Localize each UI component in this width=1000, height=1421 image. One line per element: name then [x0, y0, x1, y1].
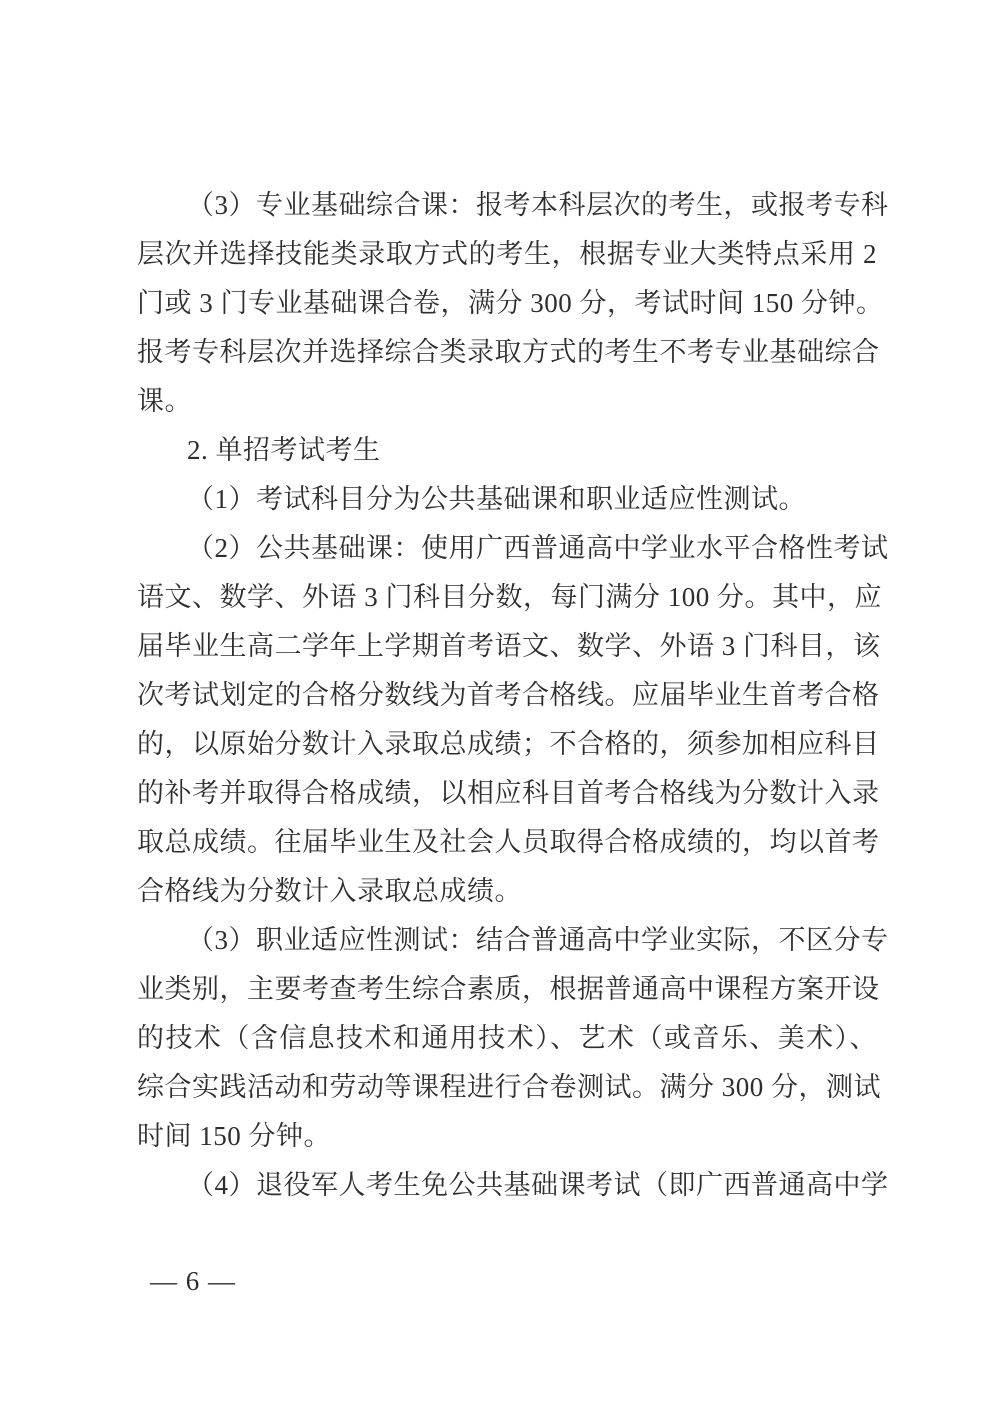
sub-heading-line: 2. 单招考试考生	[137, 426, 877, 475]
text-line: 语文、数学、外语 3 门科目分数，每门满分 100 分。其中，应	[137, 573, 877, 622]
paragraph: （3）职业适应性测试：结合普通高中学业实际，不区分专 业类别，主要考查考生综合素…	[137, 916, 877, 1161]
text-line: 的技术（含信息技术和通用技术）、艺术（或音乐、美术）、	[137, 1014, 877, 1063]
text-line: （3）专业基础综合课：报考本科层次的考生，或报考专科	[137, 181, 877, 230]
text-line: （4）退役军人考生免公共基础课考试（即广西普通高中学	[137, 1161, 877, 1210]
page-number: — 6 —	[150, 1266, 236, 1296]
paragraph: （2）公共基础课：使用广西普通高中学业水平合格性考试 语文、数学、外语 3 门科…	[137, 524, 877, 916]
text-line: 的补考并取得合格成绩，以相应科目首考合格线为分数计入录	[137, 769, 877, 818]
text-line: （1）考试科目分为公共基础课和职业适应性测试。	[137, 475, 877, 524]
text-line: 届毕业生高二学年上学期首考语文、数学、外语 3 门科目，该	[137, 622, 877, 671]
document-body: （3）专业基础综合课：报考本科层次的考生，或报考专科 层次并选择技能类录取方式的…	[137, 181, 877, 1210]
paragraph: （4）退役军人考生免公共基础课考试（即广西普通高中学	[137, 1161, 877, 1210]
text-line: 层次并选择技能类录取方式的考生，根据专业大类特点采用 2	[137, 230, 877, 279]
text-line: 取总成绩。往届毕业生及社会人员取得合格成绩的，均以首考	[137, 818, 877, 867]
text-line: 合格线为分数计入录取总成绩。	[137, 867, 877, 916]
document-page: { "page": { "background_color": "#ffffff…	[0, 0, 1000, 1421]
text-line: 时间 150 分钟。	[137, 1112, 877, 1161]
text-line: 次考试划定的合格分数线为首考合格线。应届毕业生首考合格	[137, 671, 877, 720]
text-line: （3）职业适应性测试：结合普通高中学业实际，不区分专	[137, 916, 877, 965]
text-line: 门或 3 门专业基础课合卷，满分 300 分，考试时间 150 分钟。	[137, 279, 877, 328]
text-line: 综合实践活动和劳动等课程进行合卷测试。满分 300 分，测试	[137, 1063, 877, 1112]
paragraph: （1）考试科目分为公共基础课和职业适应性测试。	[137, 475, 877, 524]
text-line: 报考专科层次并选择综合类录取方式的考生不考专业基础综合	[137, 328, 877, 377]
text-line: 的，以原始分数计入录取总成绩；不合格的，须参加相应科目	[137, 720, 877, 769]
text-line: （2）公共基础课：使用广西普通高中学业水平合格性考试	[137, 524, 877, 573]
paragraph: 2. 单招考试考生	[137, 426, 877, 475]
paragraph: （3）专业基础综合课：报考本科层次的考生，或报考专科 层次并选择技能类录取方式的…	[137, 181, 877, 426]
text-line: 业类别，主要考查考生综合素质，根据普通高中课程方案开设	[137, 965, 877, 1014]
text-line: 课。	[137, 377, 877, 426]
